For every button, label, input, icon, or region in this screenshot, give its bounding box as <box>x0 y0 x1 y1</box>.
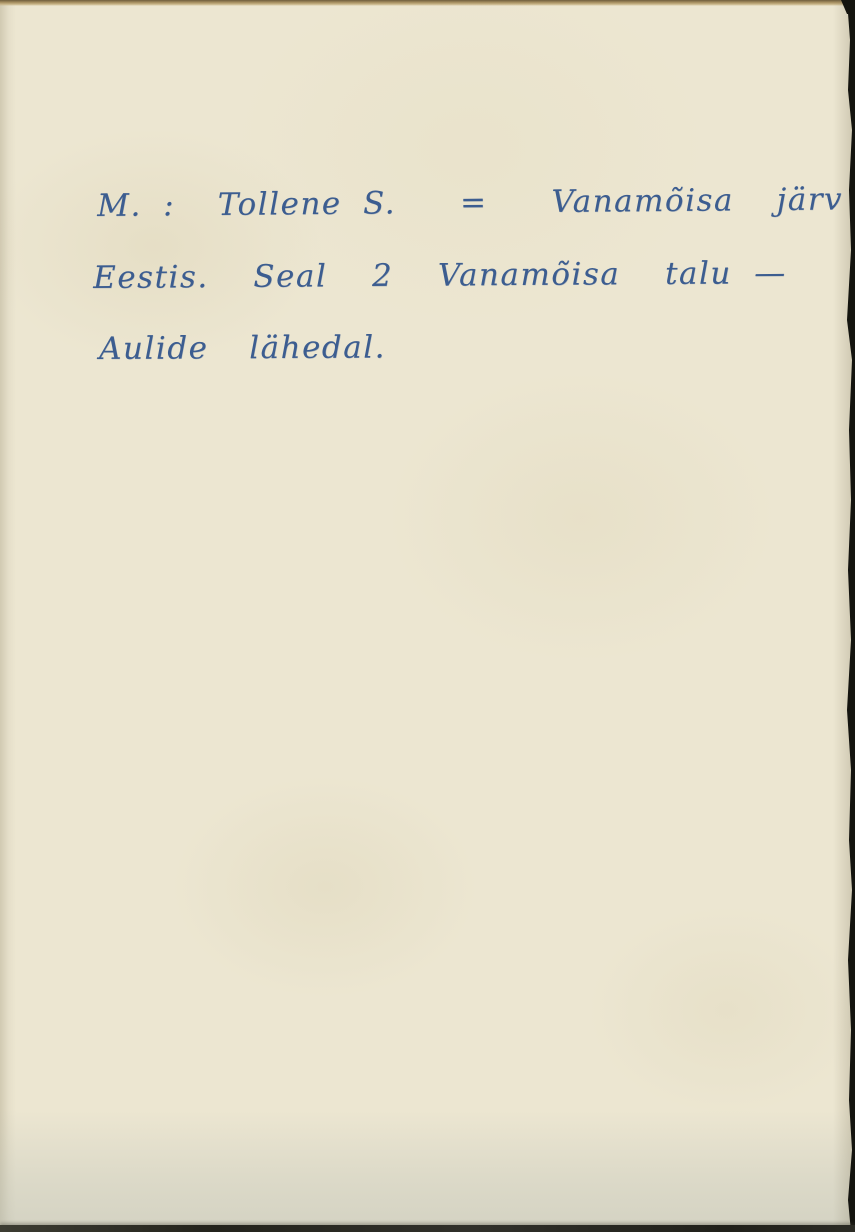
handwritten-line-3: Aulide lähedal. <box>99 329 386 367</box>
page-bottom-edge <box>0 1225 855 1232</box>
handwritten-line-1: M. : Tollene S. = Vanamõisa järv — <box>97 181 855 224</box>
page-left-edge-shadow <box>0 0 16 1232</box>
page-top-edge <box>0 0 855 6</box>
handwritten-line-2: Eestis. Seal 2 Vanamõisa talu — <box>93 255 787 296</box>
page-bottom-shade-band <box>0 1110 855 1225</box>
scanned-page: M. : Tollene S. = Vanamõisa järv — Eesti… <box>0 0 855 1232</box>
